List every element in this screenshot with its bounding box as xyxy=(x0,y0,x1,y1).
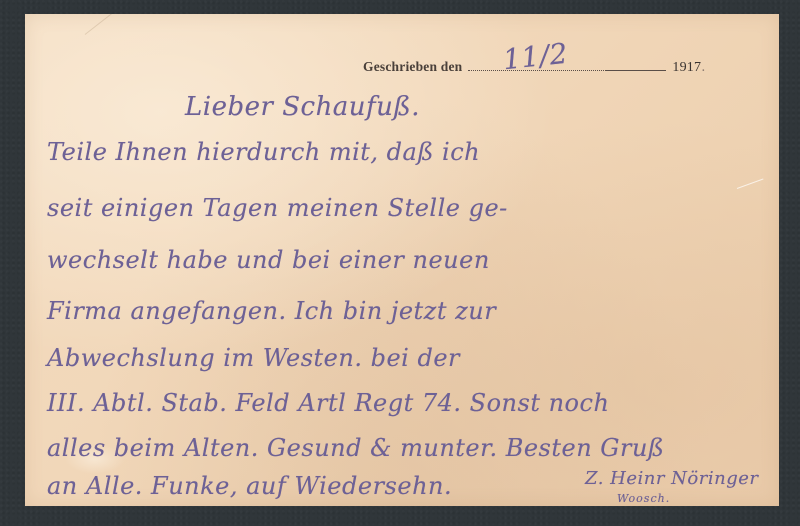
printed-year: 1917 xyxy=(672,60,701,76)
paper-tear-mark xyxy=(737,178,764,189)
handwritten-date: 11/2 xyxy=(501,37,569,77)
signature: Z. Heinr Nöringer xyxy=(585,468,758,489)
paper-crease xyxy=(85,14,117,35)
letter-line: Teile Ihnen hierdurch mit, daß ich xyxy=(47,138,480,166)
letter-line: alles beim Alten. Gesund & munter. Beste… xyxy=(47,434,664,462)
letter-line: an Alle. Funke, auf Wiedersehn. xyxy=(47,472,452,500)
letter-line: wechselt habe und bei einer neuen xyxy=(47,246,490,274)
greeting: Lieber Schaufuß. xyxy=(185,92,420,122)
postcard: Geschrieben den 1917. 11/2 Lieber Schauf… xyxy=(25,14,779,506)
signature-subline: Woosch. xyxy=(617,492,670,505)
printed-label: Geschrieben den xyxy=(363,59,462,75)
letter-line: Abwechslung im Westen. bei der xyxy=(47,344,460,372)
letter-line: III. Abtl. Stab. Feld Artl Regt 74. Sons… xyxy=(47,389,609,417)
letter-line: seit einigen Tagen meinen Stelle ge- xyxy=(47,194,508,222)
letter-line: Firma angefangen. Ich bin jetzt zur xyxy=(47,297,496,325)
